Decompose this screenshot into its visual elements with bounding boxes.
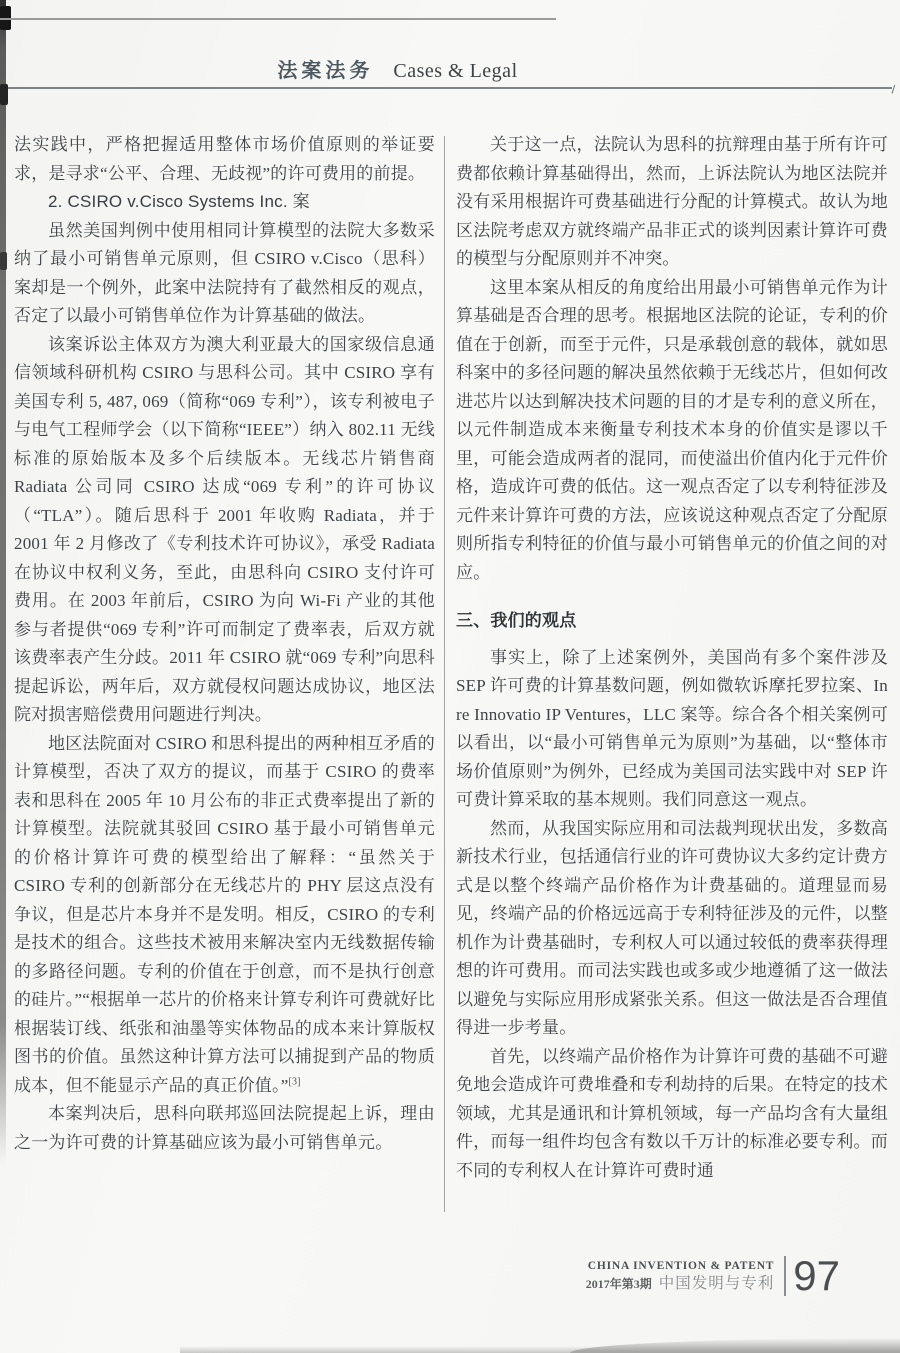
paragraph: 关于这一点，法院认为思科的抗辩理由基于所有许可费都依赖计算基础得出，然而，上诉法… [456,131,888,274]
paragraph: 虽然美国判例中使用相同计算模型的法院大多数采纳了最小可销售单元原则，但 CSIR… [14,217,435,331]
scan-top-hairline [0,18,556,20]
section-title-zh: 法案法务 [277,54,373,83]
paragraph: 该案诉讼主体双方为澳大利亚最大的国家级信息通信领域科研机构 CSIRO 与思科公… [14,331,435,730]
paragraph: 这里本案从相反的角度给出用最小可销售单元作为计算基础是否合理的思考。根据地区法院… [456,274,888,588]
journal-info: CHINA INVENTION & PATENT 2017年第3期 中国发明与专… [586,1259,775,1293]
right-column: 关于这一点，法院认为思科的抗辩理由基于所有许可费都依赖计算基础得出，然而，上诉法… [456,131,888,1185]
scan-edge-mark [0,252,7,270]
scan-page-curl-shadow [570,1338,900,1353]
section-title-en: Cases & Legal [393,60,517,83]
paragraph: 事实上，除了上述案例外，美国尚有多个案件涉及 SEP 许可费的计算基数问题，例如… [456,644,888,815]
paragraph: 地区法院面对 CSIRO 和思科提出的两种相互矛盾的计算模型，否决了双方的提议，… [14,730,435,1101]
paragraph: 本案判决后，思科向联邦巡回法院提起上诉，理由之一为许可费的计算基础应该为最小可销… [14,1100,435,1157]
issue-label: 2017年第3期 [586,1277,652,1292]
scanned-journal-page: 法案法务 Cases & Legal 法实践中，严格把握适用整体市场价值原则的举… [0,0,900,1353]
journal-name-en: CHINA INVENTION & PATENT [586,1259,775,1273]
page-number: 97 [793,1256,840,1296]
paragraph: 首先，以终端产品价格作为计算许可费的基础不可避免地会造成许可费堆叠和专利劫持的后… [456,1043,888,1186]
left-column: 法实践中，严格把握适用整体市场价值原则的举证要求，是寻求“公平、合理、无歧视”的… [14,131,435,1157]
scan-edge-mark [0,84,8,105]
footer-divider-bar [784,1256,786,1296]
journal-name-zh: 中国发明与专利 [659,1274,775,1293]
paragraph: 然而，从我国实际应用和司法裁判现状出发，多数高新技术行业，包括通信行业的许可费协… [456,815,888,1043]
paragraph-text: 地区法院面对 CSIRO 和思科提出的两种相互矛盾的计算模型，否决了双方的提议，… [14,734,435,1095]
page-header: 法案法务 Cases & Legal [0,54,795,83]
column-divider [444,136,445,1212]
footnote-reference: [3] [288,1076,300,1087]
section-heading: 三、我们的观点 [456,607,888,636]
case-subheading: 2. CSIRO v.Cisco Systems Inc. 案 [14,188,435,217]
scan-bottom-shadow [180,1346,600,1353]
header-rule [8,87,892,89]
scan-rule-tick [887,83,895,93]
page-footer: CHINA INVENTION & PATENT 2017年第3期 中国发明与专… [586,1256,840,1296]
paragraph: 法实践中，严格把握适用整体市场价值原则的举证要求，是寻求“公平、合理、无歧视”的… [14,131,435,188]
scan-binding-edge [0,0,6,1165]
